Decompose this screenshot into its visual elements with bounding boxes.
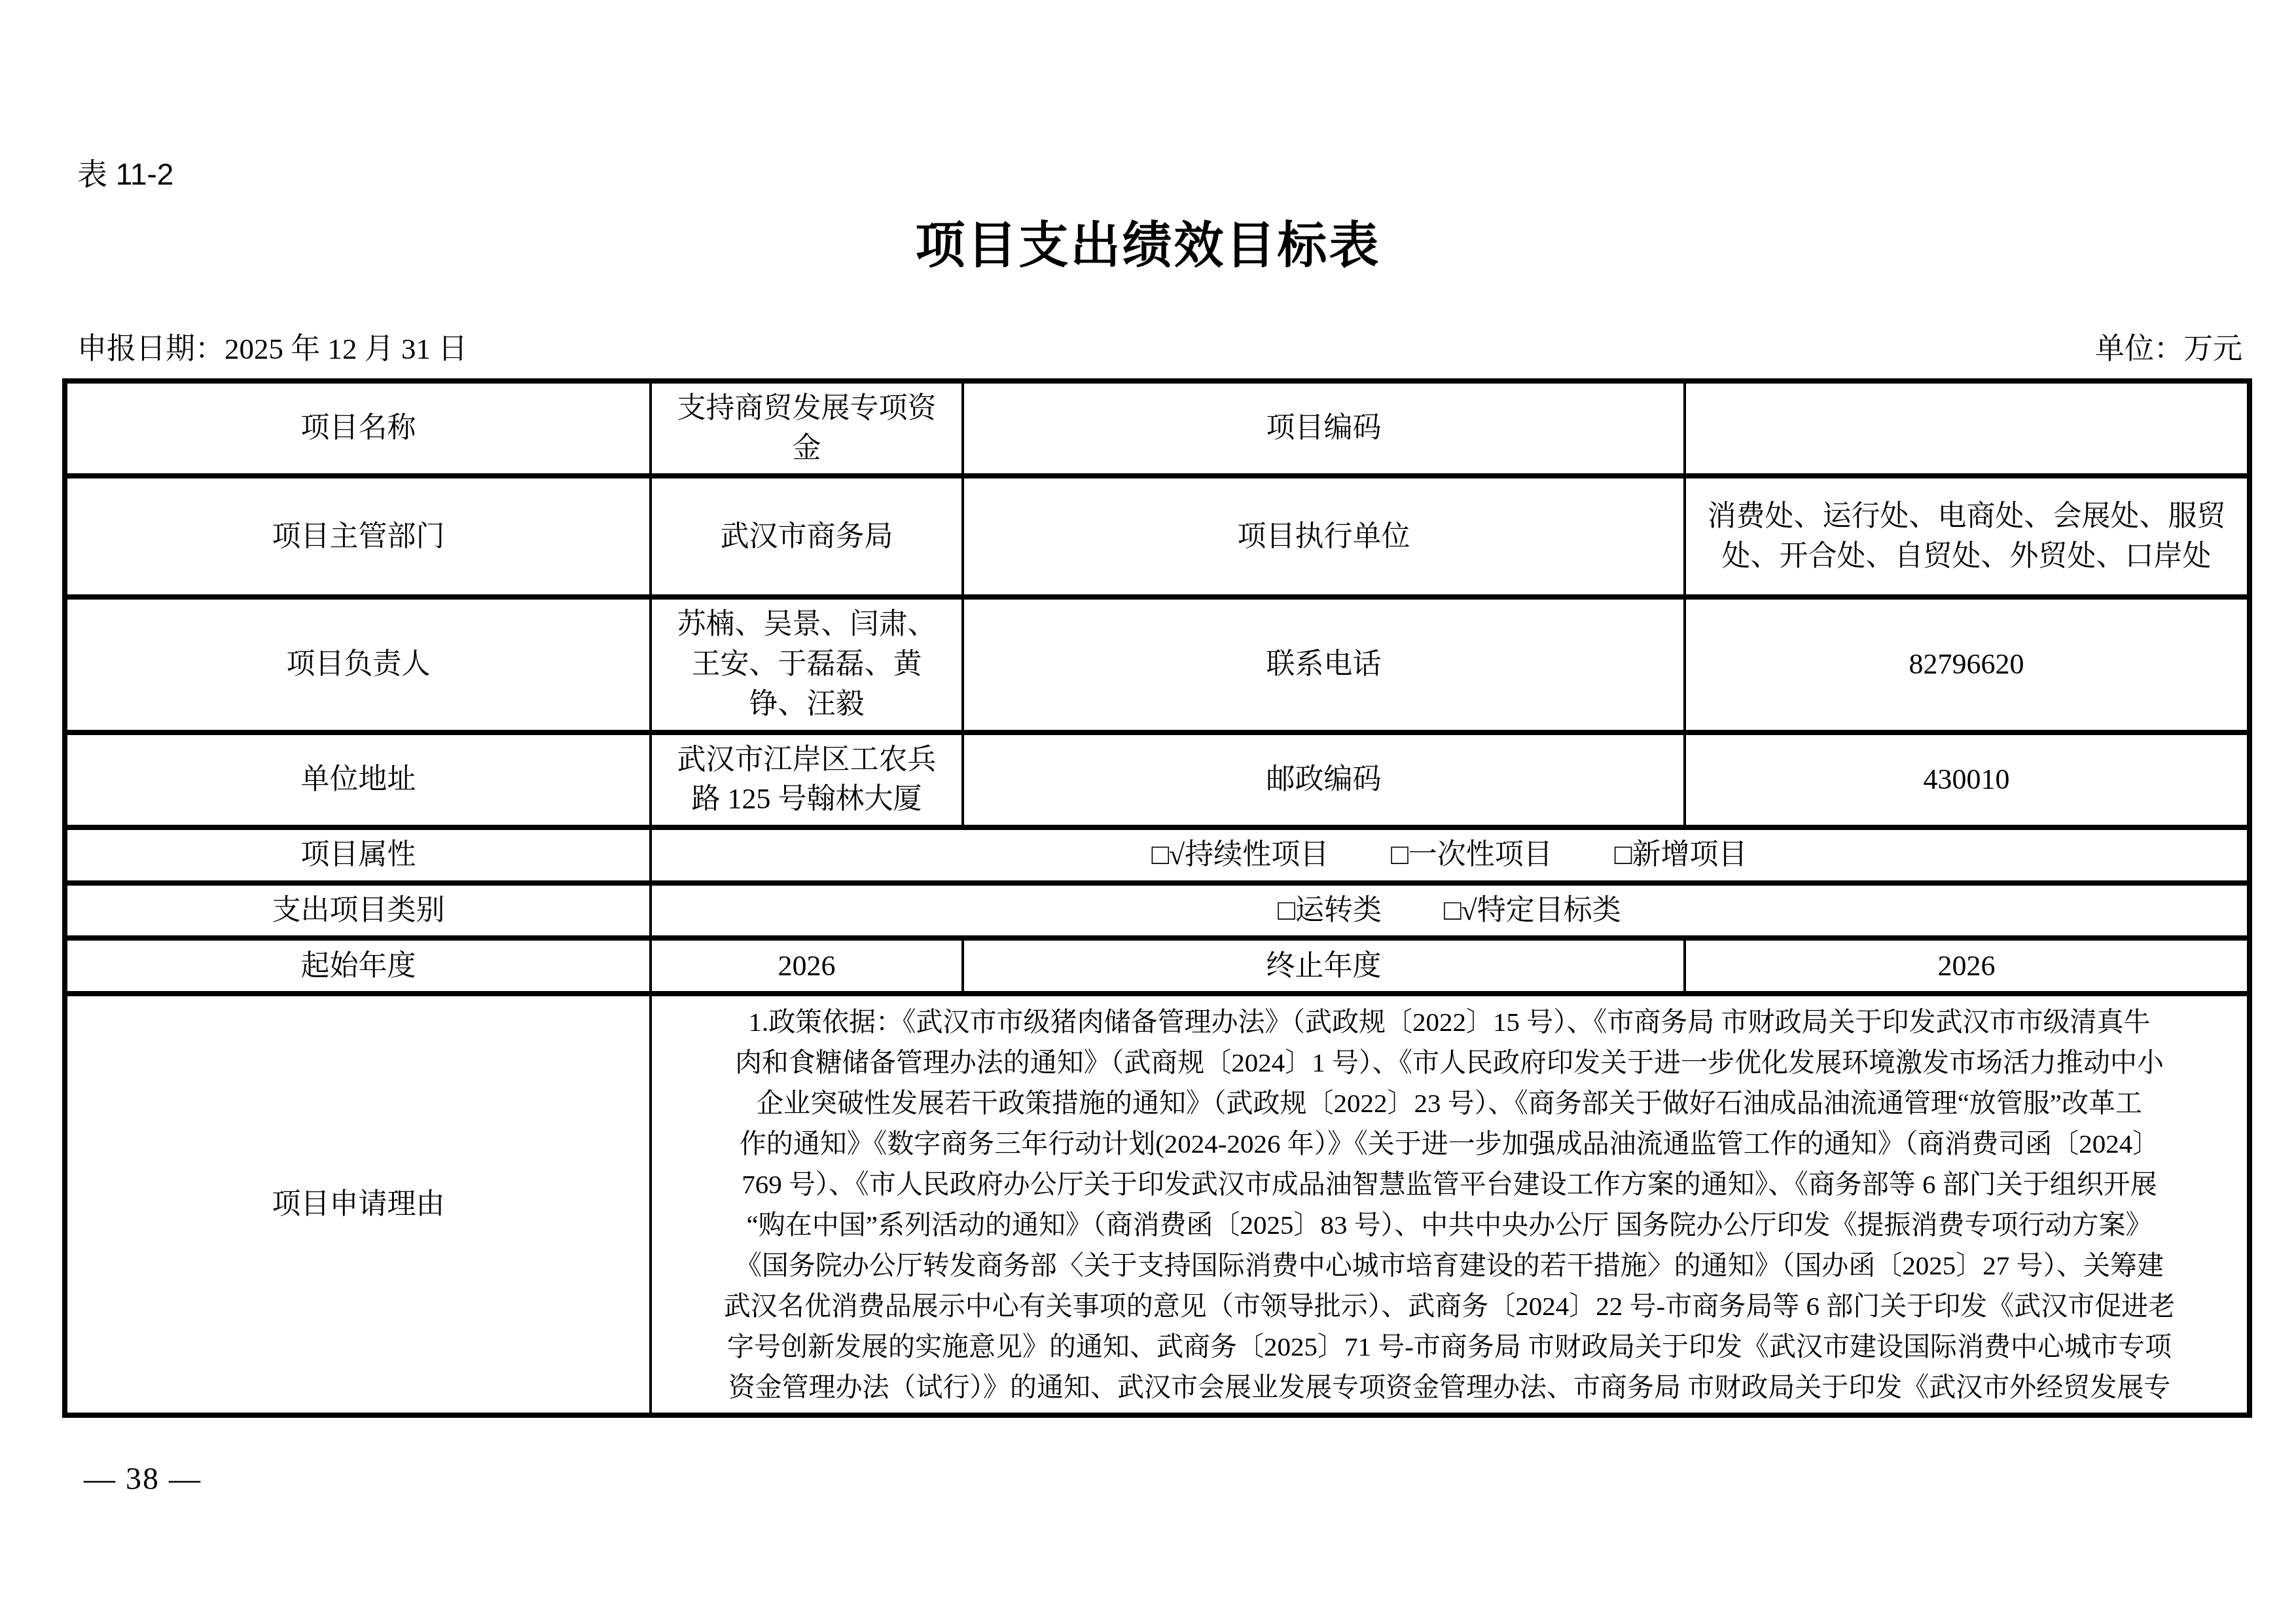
checkbox-operational-type: □运转类 [1278, 891, 1382, 931]
executing-unit-label: 项目执行单位 [963, 476, 1685, 597]
project-attribute-label: 项目属性 [65, 827, 651, 883]
end-year-label: 终止年度 [963, 938, 1685, 994]
checkbox-specific-target-type: □√特定目标类 [1444, 891, 1621, 931]
checkbox-new-project: □新增项目 [1615, 835, 1748, 875]
reason-line: 《国务院办公厅转发商务部〈关于支持国际消费中心城市培育建设的若干措施〉的通知》（… [664, 1245, 2235, 1286]
page-title: 项目支出绩效目标表 [0, 206, 2296, 277]
competent-department-label: 项目主管部门 [65, 476, 651, 597]
application-reason-text: 1.政策依据：《武汉市市级猪肉储备管理办法》（武政规〔2022〕15 号）、《市… [651, 994, 2250, 1415]
project-code-label: 项目编码 [963, 381, 1685, 476]
reason-line: 1.政策依据：《武汉市市级猪肉储备管理办法》（武政规〔2022〕15 号）、《市… [664, 1001, 2235, 1042]
project-name-value: 支持商贸发展专项资金 [651, 381, 963, 476]
unit-label: 单位：万元 [2095, 325, 2242, 367]
executing-unit-value: 消费处、运行处、电商处、会展处、服贸处、开合处、自贸处、外贸处、口岸处 [1685, 476, 2250, 597]
reason-line: 资金管理办法（试行）》的通知、武汉市会展业发展专项资金管理办法、市商务局 市财政… [664, 1367, 2235, 1407]
row-unit-address: 单位地址 武汉市江岸区工农兵路 125 号翰林大厦 邮政编码 430010 [65, 732, 2250, 827]
project-name-label: 项目名称 [65, 381, 651, 476]
unit-address-value: 武汉市江岸区工农兵路 125 号翰林大厦 [651, 732, 963, 827]
competent-department-value: 武汉市商务局 [651, 476, 963, 597]
project-attribute-options: □√持续性项目 □一次性项目 □新增项目 [651, 827, 2250, 883]
form-number-label: 表 11-2 [77, 151, 173, 194]
contact-phone-value: 82796620 [1685, 597, 2250, 732]
reason-line: 企业突破性发展若干政策措施的通知》（武政规〔2022〕23 号）、《商务部关于做… [664, 1083, 2235, 1123]
project-code-value [1685, 381, 2250, 476]
row-project-leader: 项目负责人 苏楠、吴景、闫肃、王安、于磊磊、黄铮、汪毅 联系电话 8279662… [65, 597, 2250, 732]
reason-line: 字号创新发展的实施意见》的通知、武商务〔2025〕71 号-市商务局 市财政局关… [664, 1326, 2235, 1367]
checkbox-onetime-project: □一次性项目 [1391, 835, 1552, 875]
row-competent-department: 项目主管部门 武汉市商务局 项目执行单位 消费处、运行处、电商处、会展处、服贸处… [65, 476, 2250, 597]
project-leader-value: 苏楠、吴景、闫肃、王安、于磊磊、黄铮、汪毅 [651, 597, 963, 732]
row-years: 起始年度 2026 终止年度 2026 [65, 938, 2250, 994]
performance-target-table: 项目名称 支持商贸发展专项资金 项目编码 项目主管部门 武汉市商务局 项目执行单… [62, 378, 2252, 1418]
page-number: — 38 — [84, 1461, 202, 1497]
project-leader-label: 项目负责人 [65, 597, 651, 732]
row-application-reason: 项目申请理由 1.政策依据：《武汉市市级猪肉储备管理办法》（武政规〔2022〕1… [65, 994, 2250, 1415]
unit-address-label: 单位地址 [65, 732, 651, 827]
row-project-attribute: 项目属性 □√持续性项目 □一次性项目 □新增项目 [65, 827, 2250, 883]
end-year-value: 2026 [1685, 938, 2250, 994]
row-project-name: 项目名称 支持商贸发展专项资金 项目编码 [65, 381, 2250, 476]
reason-line: 肉和食糖储备管理办法的通知》（武商规〔2024〕1 号）、《市人民政府印发关于进… [664, 1042, 2235, 1083]
reason-line: “购在中国”系列活动的通知》（商消费函〔2025〕83 号）、中共中央办公厅 国… [664, 1204, 2235, 1245]
start-year-label: 起始年度 [65, 938, 651, 994]
row-expenditure-category: 支出项目类别 □运转类 □√特定目标类 [65, 883, 2250, 939]
postal-code-value: 430010 [1685, 732, 2250, 827]
checkbox-continuous-project: □√持续性项目 [1152, 835, 1329, 875]
contact-phone-label: 联系电话 [963, 597, 1685, 732]
reason-line: 武汉名优消费品展示中心有关事项的意见（市领导批示）、武商务〔2024〕22 号-… [664, 1286, 2235, 1326]
postal-code-label: 邮政编码 [963, 732, 1685, 827]
application-reason-label: 项目申请理由 [65, 994, 651, 1415]
expenditure-category-label: 支出项目类别 [65, 883, 651, 939]
start-year-value: 2026 [651, 938, 963, 994]
reason-line: 作的通知》《数字商务三年行动计划(2024-2026 年）》《关于进一步加强成品… [664, 1123, 2235, 1164]
declare-date: 申报日期：2025 年 12 月 31 日 [77, 325, 467, 367]
meta-row: 申报日期：2025 年 12 月 31 日 单位：万元 [77, 325, 2242, 367]
expenditure-category-options: □运转类 □√特定目标类 [651, 883, 2250, 939]
reason-line: 769 号）、《市人民政府办公厅关于印发武汉市成品油智慧监管平台建设工作方案的通… [664, 1164, 2235, 1204]
